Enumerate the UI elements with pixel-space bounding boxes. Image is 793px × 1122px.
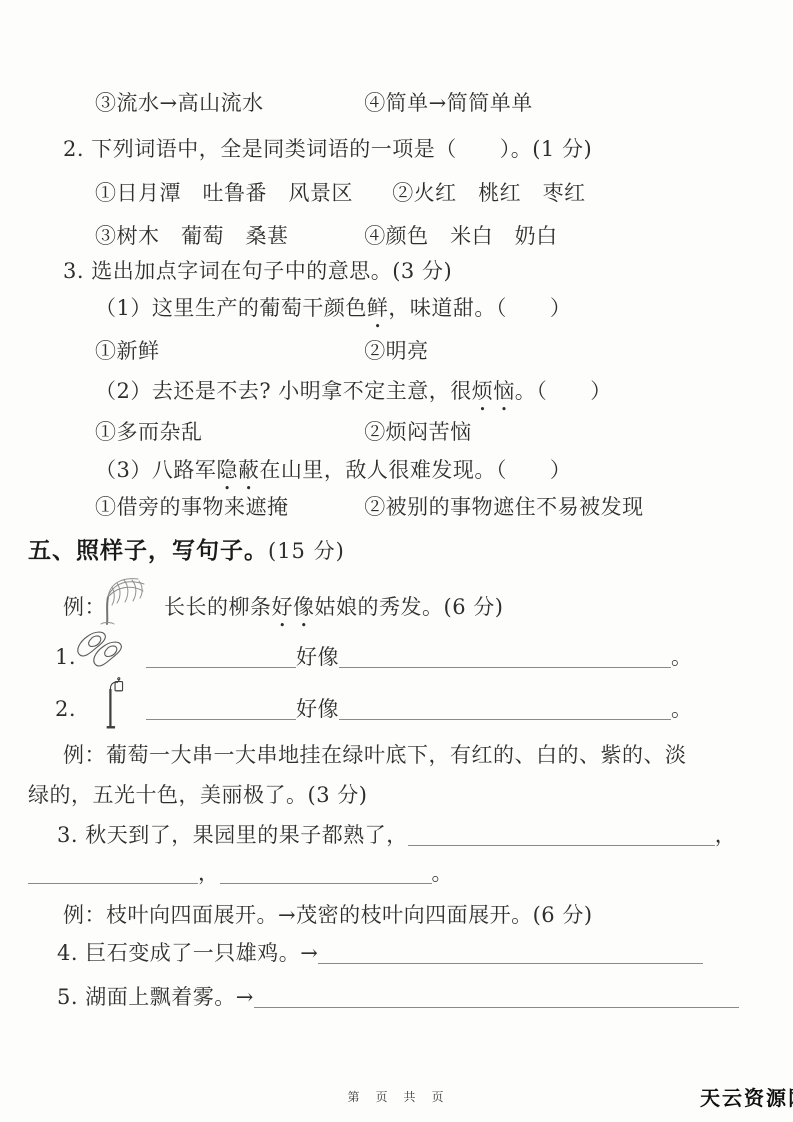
q2-option-4: ④颜色 米白 奶白 (364, 224, 558, 248)
section5-heading: 五、照样子，写句子。(15 分) (28, 536, 345, 566)
q3-sub2-post: 。（ ） (515, 379, 612, 403)
q2-option-2: ②火红 桃红 枣红 (392, 181, 586, 205)
q3-sub1-options: ①新鲜 ②明亮 (95, 336, 429, 366)
q3-sub1-pre: （1）这里生产的葡萄干颜色 (95, 296, 367, 320)
item3-comma-1: ， (715, 823, 737, 847)
q1-option-4: ④简单→简简单单 (364, 91, 533, 115)
example1-post: 姑娘的秀发。(6 分) (315, 595, 504, 619)
item1-answer-blank-2 (339, 665, 671, 668)
item5-line: 5. 湖面上飘着雾。→ (57, 982, 739, 1012)
item1-answer-blank-1 (146, 665, 296, 668)
item4-text: 4. 巨石变成了一只雄鸡。→ (57, 941, 318, 965)
q3-sub3-dotted-word: 隐蔽 (216, 458, 259, 482)
example1-dotted-word: 好像 (272, 595, 315, 619)
item2-number: 2. (55, 697, 76, 721)
q2-option-3: ③树木 葡萄 桑葚 (95, 221, 345, 251)
item2-line: 2.好像。 (55, 694, 693, 724)
q3-sub3-post: 在山里，敌人很难发现。（ ） (259, 458, 571, 482)
q3-sub1-option-2: ②明亮 (364, 339, 429, 363)
section5-heading-title: 五、照样子，写句子。 (28, 538, 268, 564)
example2-line2: 绿的，五光十色，美丽极了。(3 分) (28, 780, 367, 810)
item3-period: 。 (432, 861, 454, 885)
item2-period: 。 (671, 697, 693, 721)
item1-number: 1. (55, 645, 76, 669)
q3-sub1: （1）这里生产的葡萄干颜色鲜，味道甜。（ ） (95, 293, 571, 333)
q3-sub2: （2）去还是不去? 小明拿不定主意，很烦恼。（ ） (95, 376, 612, 416)
item2-answer-blank-1 (146, 717, 296, 720)
item3-answer-blank-1 (408, 843, 715, 846)
example2-line1: 例：葡萄一大串一大串地挂在绿叶底下，有红的、白的、紫的、淡 (63, 740, 687, 770)
watermark-text: 天云资源网 (700, 1082, 793, 1111)
q2-stem: 2. 下列词语中，全是同类词语的一项是（ ）。(1 分) (63, 134, 592, 164)
example1-label: 例： (63, 595, 106, 619)
item2-answer-blank-2 (339, 717, 671, 720)
item3-line1: 3. 秋天到了，果园里的果子都熟了，， (57, 820, 736, 850)
item1-period: 。 (671, 645, 693, 669)
q3-sub1-post: ，味道甜。（ ） (388, 296, 571, 320)
item3-text: 3. 秋天到了，果园里的果子都熟了， (57, 823, 408, 847)
q3-sub3-options: ①借旁的事物来遮掩 ②被别的事物遮住不易被发现 (95, 492, 644, 522)
q3-sub1-option-1: ①新鲜 (95, 336, 345, 366)
worksheet-page: ③流水→高山流水 ④简单→简简单单 2. 下列词语中，全是同类词语的一项是（ ）… (0, 0, 793, 1122)
page-footer-label: 第 页 共 页 (0, 1088, 793, 1105)
item1-mid-word: 好像 (296, 645, 339, 669)
q3-sub3-option-2: ②被别的事物遮住不易被发现 (364, 495, 644, 519)
q3-sub2-pre: （2）去还是不去? 小明拿不定主意，很 (95, 379, 472, 403)
item5-text: 5. 湖面上飘着雾。→ (57, 985, 254, 1009)
example3-line: 例：枝叶向四面展开。→茂密的枝叶向四面展开。(6 分) (63, 900, 593, 930)
q3-stem: 3. 选出加点字词在句子中的意思。(3 分) (63, 256, 452, 286)
q1-option-3: ③流水→高山流水 (95, 88, 345, 118)
section5-heading-score: (15 分) (268, 539, 345, 563)
item4-answer-blank (318, 961, 703, 964)
q3-sub1-dotted-word: 鲜 (367, 296, 389, 320)
q3-sub2-option-1: ①多而杂乱 (95, 417, 345, 447)
q2-options-row-1: ①日月潭 吐鲁番 风景区 ②火红 桃红 枣红 (95, 178, 586, 208)
item3-comma-2: ， (198, 861, 220, 885)
item2-mid-word: 好像 (296, 697, 339, 721)
q1-options-row: ③流水→高山流水 ④简单→简简单单 (95, 88, 533, 118)
q3-sub3: （3）八路军隐蔽在山里，敌人很难发现。（ ） (95, 455, 571, 495)
q3-sub3-pre: （3）八路军 (95, 458, 216, 482)
q2-option-1: ①日月潭 吐鲁番 风景区 (95, 178, 373, 208)
q3-sub2-dotted-word: 烦恼 (472, 379, 515, 403)
item5-answer-blank (254, 1005, 739, 1008)
q2-options-row-2: ③树木 葡萄 桑葚 ④颜色 米白 奶白 (95, 221, 558, 251)
item3-line2: ，。 (28, 858, 453, 888)
example1-pre: 长长的柳条 (164, 595, 272, 619)
item3-answer-blank-2 (28, 881, 198, 884)
q3-sub2-options: ①多而杂乱 ②烦闷苦恼 (95, 417, 472, 447)
item1-line: 1.好像。 (55, 642, 693, 672)
q3-sub2-option-2: ②烦闷苦恼 (364, 420, 472, 444)
q3-sub3-option-1: ①借旁的事物来遮掩 (95, 492, 345, 522)
item3-answer-blank-3 (220, 881, 432, 884)
item4-line: 4. 巨石变成了一只雄鸡。→ (57, 938, 703, 968)
